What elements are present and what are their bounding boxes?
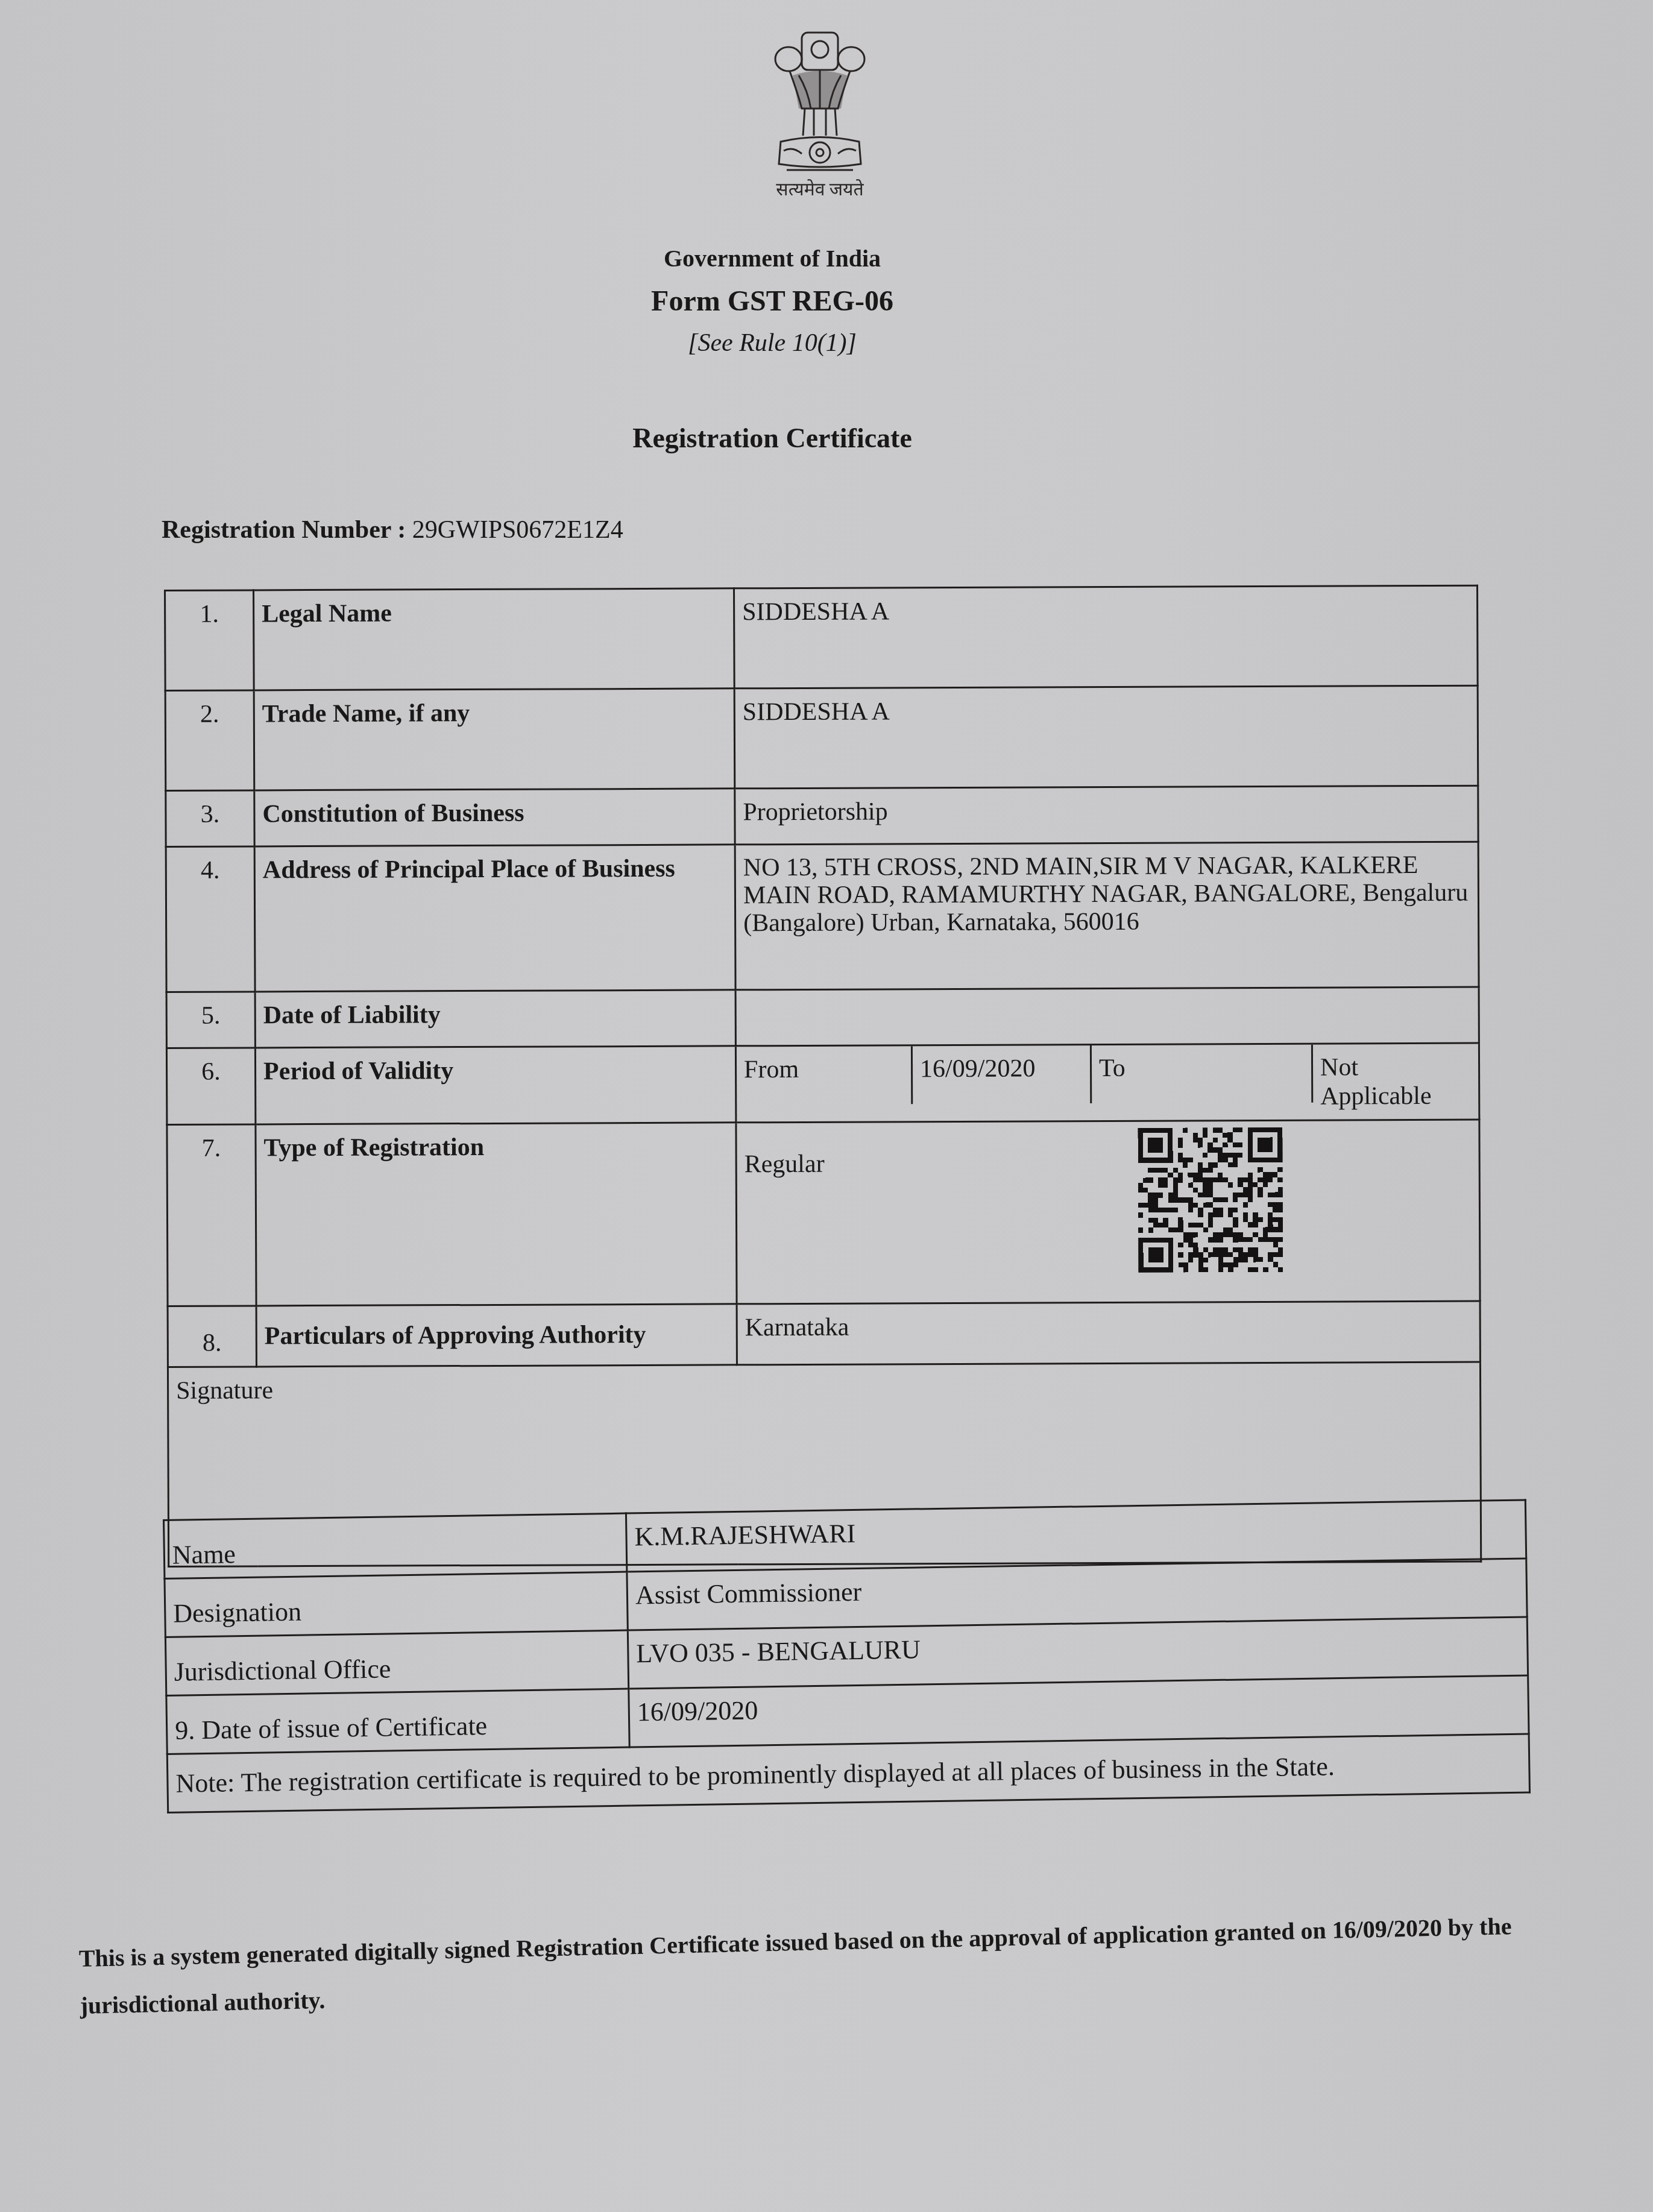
validity-to-value: Not Applicable — [1313, 1044, 1478, 1103]
table-row: 8. Particulars of Approving Authority Ka… — [168, 1301, 1480, 1367]
registration-type-label: Type of Registration — [256, 1123, 737, 1306]
registration-details-table: 1. Legal Name SIDDESHA A 2. Trade Name, … — [164, 585, 1482, 1568]
row-number: 8. — [168, 1306, 256, 1367]
row-number: 7. — [167, 1124, 256, 1306]
constitution-label: Constitution of Business — [254, 789, 735, 846]
row-number: 1. — [165, 590, 254, 691]
period-of-validity-value: From 16/09/2020 To Not Applicable — [735, 1043, 1479, 1123]
constitution-value: Proprietorship — [735, 786, 1478, 845]
national-motto: सत्यमेव जयते — [748, 176, 892, 201]
registration-number: Registration Number : 29GWIPS0672E1Z4 — [162, 515, 623, 544]
approving-authority-label: Particulars of Approving Authority — [256, 1304, 737, 1367]
table-row: 7. Type of Registration Regular — [167, 1120, 1480, 1306]
date-of-liability-value — [735, 987, 1479, 1046]
registration-number-label: Registration Number : — [162, 516, 406, 544]
registration-type-cell: Regular — [736, 1120, 1480, 1304]
table-row: 6. Period of Validity From 16/09/2020 To… — [166, 1043, 1479, 1124]
registration-type-value: Regular — [745, 1150, 825, 1179]
trade-name-label: Trade Name, if any — [254, 688, 735, 790]
address-value: NO 13, 5TH CROSS, 2ND MAIN,SIR M V NAGAR… — [735, 842, 1479, 990]
authority-details-table: Name K.M.RAJESHWARI Designation Assist C… — [163, 1499, 1531, 1813]
date-of-liability-label: Date of Liability — [255, 990, 735, 1048]
legal-name-label: Legal Name — [254, 588, 735, 690]
row-number: 3. — [166, 790, 254, 847]
date-of-issue-label: 9. Date of issue of Certificate — [166, 1689, 629, 1754]
certificate-title: Registration Certificate — [0, 422, 1599, 454]
registration-number-value: 29GWIPS0672E1Z4 — [412, 516, 623, 544]
row-number: 2. — [165, 690, 254, 791]
validity-from-label: From — [737, 1046, 913, 1104]
government-heading: Government of India — [0, 244, 1599, 273]
row-number: 5. — [166, 992, 255, 1048]
table-row: 2. Trade Name, if any SIDDESHA A — [165, 685, 1478, 790]
jurisdictional-office-label: Jurisdictional Office — [165, 1630, 628, 1695]
trade-name-value: SIDDESHA A — [734, 685, 1478, 789]
validity-from-date: 16/09/2020 — [913, 1045, 1092, 1104]
table-row: 3. Constitution of Business Proprietorsh… — [166, 786, 1478, 846]
legal-name-value: SIDDESHA A — [734, 585, 1478, 688]
period-of-validity-label: Period of Validity — [255, 1046, 735, 1124]
row-number: 4. — [166, 846, 255, 992]
table-row: 5. Date of Liability — [166, 987, 1479, 1048]
officer-name-label: Name — [164, 1513, 627, 1578]
validity-to-label: To — [1092, 1045, 1313, 1103]
table-row: 1. Legal Name SIDDESHA A — [165, 585, 1478, 690]
designation-label: Designation — [165, 1572, 628, 1637]
row-number: 6. — [166, 1048, 255, 1125]
approving-authority-value: Karnataka — [737, 1301, 1480, 1365]
rule-reference: [See Rule 10(1)] — [0, 329, 1599, 358]
system-generated-note: This is a system generated digitally sig… — [78, 1900, 1623, 2029]
form-title: Form GST REG-06 — [0, 285, 1599, 318]
certificate-page: सत्यमेव जयते Government of India Form GS… — [0, 0, 1653, 2212]
national-emblem-icon — [766, 30, 874, 175]
address-label: Address of Principal Place of Business — [254, 845, 735, 992]
qr-code-icon — [1138, 1127, 1283, 1273]
table-row: 4. Address of Principal Place of Busines… — [166, 842, 1479, 992]
